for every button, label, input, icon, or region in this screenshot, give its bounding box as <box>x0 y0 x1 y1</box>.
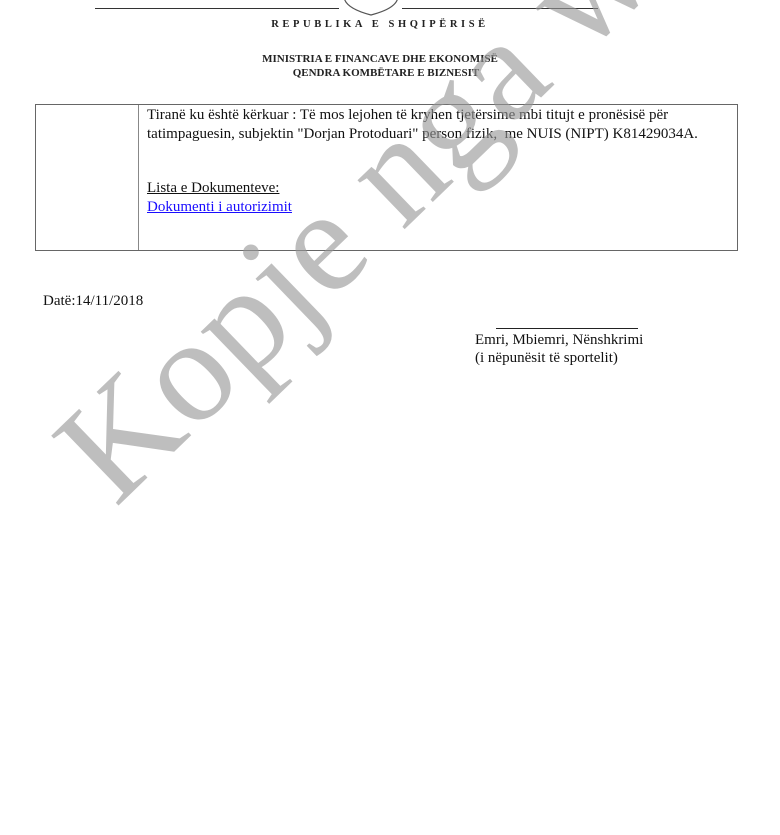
signature-sublabel: (i nëpunësit të sportelit) <box>475 349 643 367</box>
ministry-name: MINISTRIA E FINANCAVE DHE EKONOMISË <box>0 52 760 66</box>
signature-label: Emri, Mbiemri, Nënshkrimi <box>475 331 643 349</box>
table-right-cell: Tiranë ku është kërkuar : Të mos lejohen… <box>139 105 737 250</box>
document-date: Datë:14/11/2018 <box>43 293 143 310</box>
coat-of-arms-icon <box>340 0 402 16</box>
signature-line <box>496 328 638 329</box>
request-table: Tiranë ku është kërkuar : Të mos lejohen… <box>35 104 738 251</box>
business-center-name: QENDRA KOMBËTARE E BIZNESIT <box>0 66 760 80</box>
document-list: Lista e Dokumenteve: Dokumenti i autoriz… <box>147 179 729 217</box>
document-list-label: Lista e Dokumenteve: <box>147 179 729 198</box>
table-left-cell <box>36 105 139 250</box>
republic-title: REPUBLIKA E SHQIPËRISË <box>0 19 760 30</box>
signature-block: Emri, Mbiemri, Nënshkrimi (i nëpunësit t… <box>475 331 643 367</box>
header-rule-left <box>95 8 339 9</box>
authorization-document-link[interactable]: Dokumenti i autorizimit <box>147 199 292 215</box>
ministry-heading: MINISTRIA E FINANCAVE DHE EKONOMISË QEND… <box>0 52 760 80</box>
request-description: Tiranë ku është kërkuar : Të mos lejohen… <box>147 106 729 144</box>
header-rule-right <box>402 8 598 9</box>
